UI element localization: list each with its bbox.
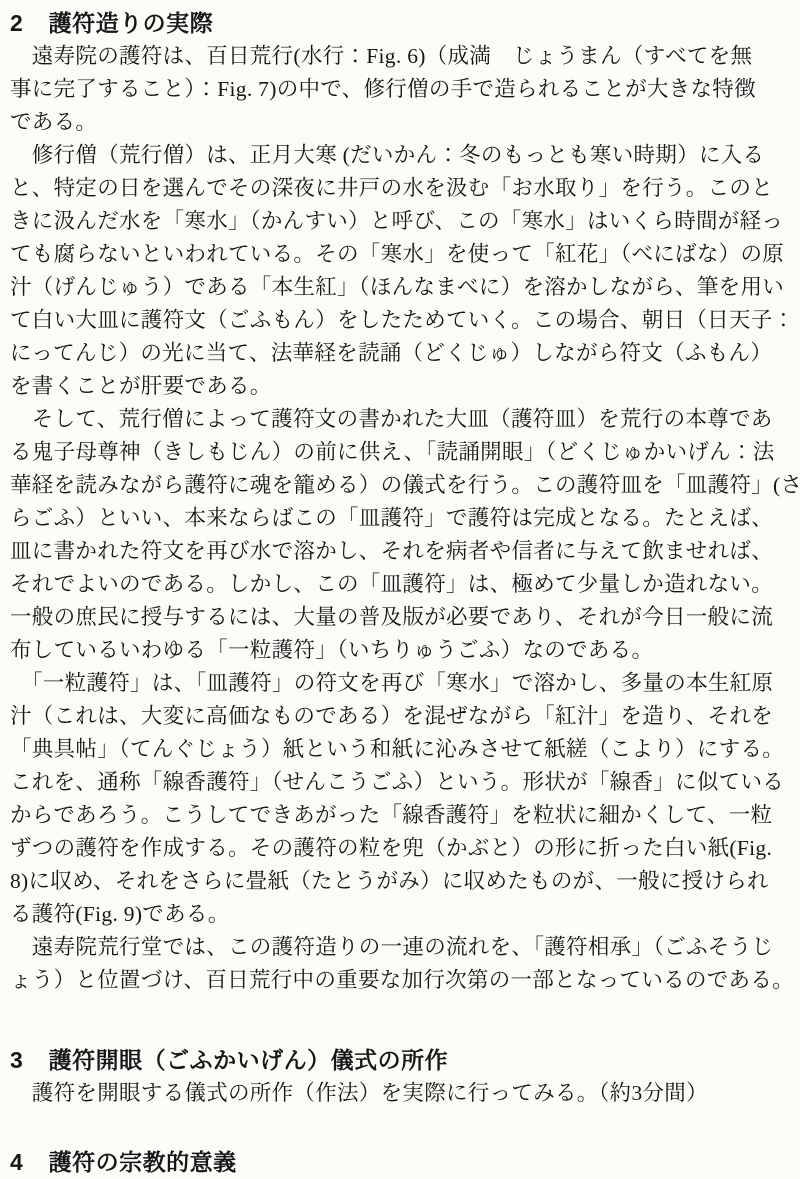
text-line: 護符を開眼する儀式の所作（作法）を実際に行ってみる。（約3分間） xyxy=(10,1077,792,1110)
section-number: 3 xyxy=(10,1043,23,1077)
text-line: それでよいのである。しかし、この「皿護符」は、極めて少量しか造れない。 xyxy=(10,568,792,601)
text-line: て白い大皿に護符文（ごふもん）をしたためていく。この場合、朝日（日天子： xyxy=(10,304,792,337)
text-line: 華経を読みながら護符に魂を籠める）の儀式を行う。この護符皿を「皿護符」(さ xyxy=(10,469,792,502)
document-page: 2護符造りの実際 遠寿院の護符は、百日荒行(水行：Fig. 6)（成満 じょうま… xyxy=(0,0,800,1179)
text-line: ても腐らないといわれている。その「寒水」を使って「紅花」（べにばな）の原 xyxy=(10,238,792,271)
text-line: 事に完了すること）：Fig. 7)の中で、修行僧の手で造られることが大きな特徴 xyxy=(10,73,792,106)
text-line: を書くことが肝要である。 xyxy=(10,370,792,403)
text-line: 修行僧（荒行僧）は、正月大寒 (だいかん：冬のもっとも寒い時期）に入る xyxy=(10,139,792,172)
text-line: 「典具帖」（てんぐじょう）紙という和紙に沁みさせて紙縒（こより）にする。 xyxy=(10,733,792,766)
section-number: 2 xyxy=(10,6,23,40)
text-line: ょう）と位置づけ、百日荒行中の重要な加行次第の一部となっているのである。 xyxy=(10,964,792,997)
text-line: る護符(Fig. 9)である。 xyxy=(10,898,792,931)
text-line: 皿に書かれた符文を再び水で溶かし、それを病者や信者に与えて飲ませれば、 xyxy=(10,535,792,568)
section-number: 4 xyxy=(10,1145,23,1179)
text-line: これを、通称「線香護符」（せんこうごふ）という。形状が「線香」に似ている xyxy=(10,766,792,799)
text-line: る鬼子母尊神（きしもじん）の前に供え、「読誦開眼」（どくじゅかいげん：法 xyxy=(10,436,792,469)
text-line: 汁（げんじゅう）である「本生紅」（ほんなまべに）を溶かしながら、筆を用い xyxy=(10,271,792,304)
section-body: 護符を開眼する儀式の所作（作法）を実際に行ってみる。（約3分間） xyxy=(10,1077,792,1110)
section-title: 護符の宗教的意義 xyxy=(49,1149,237,1175)
text-line: にってんじ）の光に当て、法華経を読誦（どくじゅ）しながら符文（ふもん） xyxy=(10,337,792,370)
section-heading: 3護符開眼（ごふかいげん）儀式の所作 xyxy=(10,1043,792,1077)
text-line: 8)に収め、それをさらに畳紙（たとうがみ）に収めたものが、一般に授けられ xyxy=(10,865,792,898)
text-line: 汁（これは、大変に高価なものである）を混ぜながら「紅汁」を造り、それを xyxy=(10,700,792,733)
text-line: 一般の庶民に授与するには、大量の普及版が必要であり、それが今日一般に流 xyxy=(10,601,792,634)
section-opening-ritual: 3護符開眼（ごふかいげん）儀式の所作 護符を開眼する儀式の所作（作法）を実際に行… xyxy=(10,1043,792,1110)
text-line: そして、荒行僧によって護符文の書かれた大皿（護符皿）を荒行の本尊であ xyxy=(10,403,792,436)
text-line: 遠寿院荒行堂では、この護符造りの一連の流れを、「護符相承」（ごふそうじ xyxy=(10,931,792,964)
section-religious-significance: 4護符の宗教的意義 xyxy=(10,1145,792,1179)
text-line: ずつの護符を作成する。その護符の粒を兜（かぶと）の形に折った白い紙(Fig. xyxy=(10,832,792,865)
text-line: きに汲んだ水を「寒水」（かんすい）と呼び、この「寒水」はいくら時間が経っ xyxy=(10,205,792,238)
text-line: 遠寿院の護符は、百日荒行(水行：Fig. 6)（成満 じょうまん（すべてを無 xyxy=(10,40,792,73)
section-talisman-making: 2護符造りの実際 遠寿院の護符は、百日荒行(水行：Fig. 6)（成満 じょうま… xyxy=(10,6,792,997)
text-line: である。 xyxy=(10,106,792,139)
text-line: と、特定の日を選んでその深夜に井戸の水を汲む「お水取り」を行う。このと xyxy=(10,172,792,205)
section-heading: 2護符造りの実際 xyxy=(10,6,792,40)
section-heading: 4護符の宗教的意義 xyxy=(10,1145,792,1179)
section-title: 護符造りの実際 xyxy=(49,10,214,36)
text-line: 「一粒護符」は、「皿護符」の符文を再び「寒水」で溶かし、多量の本生紅原 xyxy=(10,667,792,700)
text-line: 布しているいわゆる「一粒護符」（いちりゅうごふ）なのである。 xyxy=(10,634,792,667)
section-body: 遠寿院の護符は、百日荒行(水行：Fig. 6)（成満 じょうまん（すべてを無 事… xyxy=(10,40,792,997)
text-line: らごふ）といい、本来ならばこの「皿護符」で護符は完成となる。たとえば、 xyxy=(10,502,792,535)
section-title: 護符開眼（ごふかいげん）儀式の所作 xyxy=(49,1047,449,1073)
text-line: からであろう。こうしてできあがった「線香護符」を粒状に細かくして、一粒 xyxy=(10,799,792,832)
